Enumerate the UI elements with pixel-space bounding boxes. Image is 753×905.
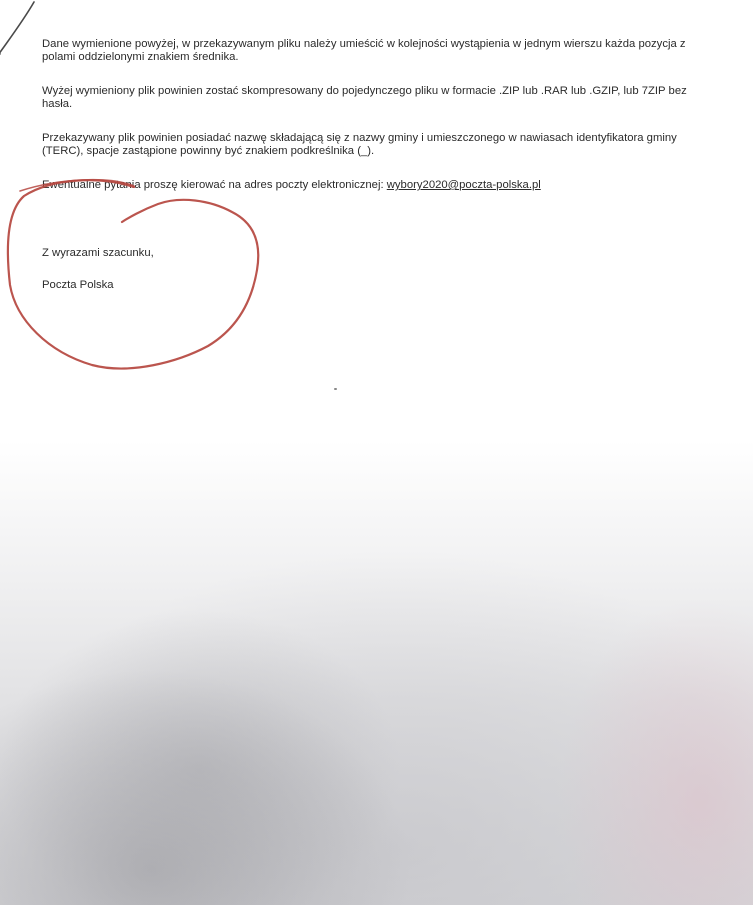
- email-link[interactable]: wybory2020@poczta-polska.pl: [387, 179, 541, 191]
- paragraph-file-naming: Przekazywany plik powinien posiadać nazw…: [42, 132, 677, 158]
- paragraph-line: Dane wymienione powyżej, w przekazywanym…: [42, 38, 686, 51]
- paragraph-line: (TERC), spacje zastąpione powinny być zn…: [42, 145, 677, 158]
- paragraph-line: hasła.: [42, 98, 687, 111]
- paper-speck: [334, 388, 337, 390]
- paragraph-line: Wyżej wymieniony plik powinien zostać sk…: [42, 85, 687, 98]
- paragraph-data-format: Dane wymienione powyżej, w przekazywanym…: [42, 38, 686, 64]
- paragraph-line: polami oddzielonymi znakiem średnika.: [42, 51, 686, 64]
- paragraph-compression: Wyżej wymieniony plik powinien zostać sk…: [42, 85, 687, 111]
- paragraph-contact: Ewentualne pytania proszę kierować na ad…: [42, 179, 541, 192]
- paragraph-line: Przekazywany plik powinien posiadać nazw…: [42, 132, 677, 145]
- closing-salutation: Z wyrazami szacunku,: [42, 247, 154, 260]
- sender-name: Poczta Polska: [42, 279, 114, 292]
- contact-text: Ewentualne pytania proszę kierować na ad…: [42, 179, 387, 191]
